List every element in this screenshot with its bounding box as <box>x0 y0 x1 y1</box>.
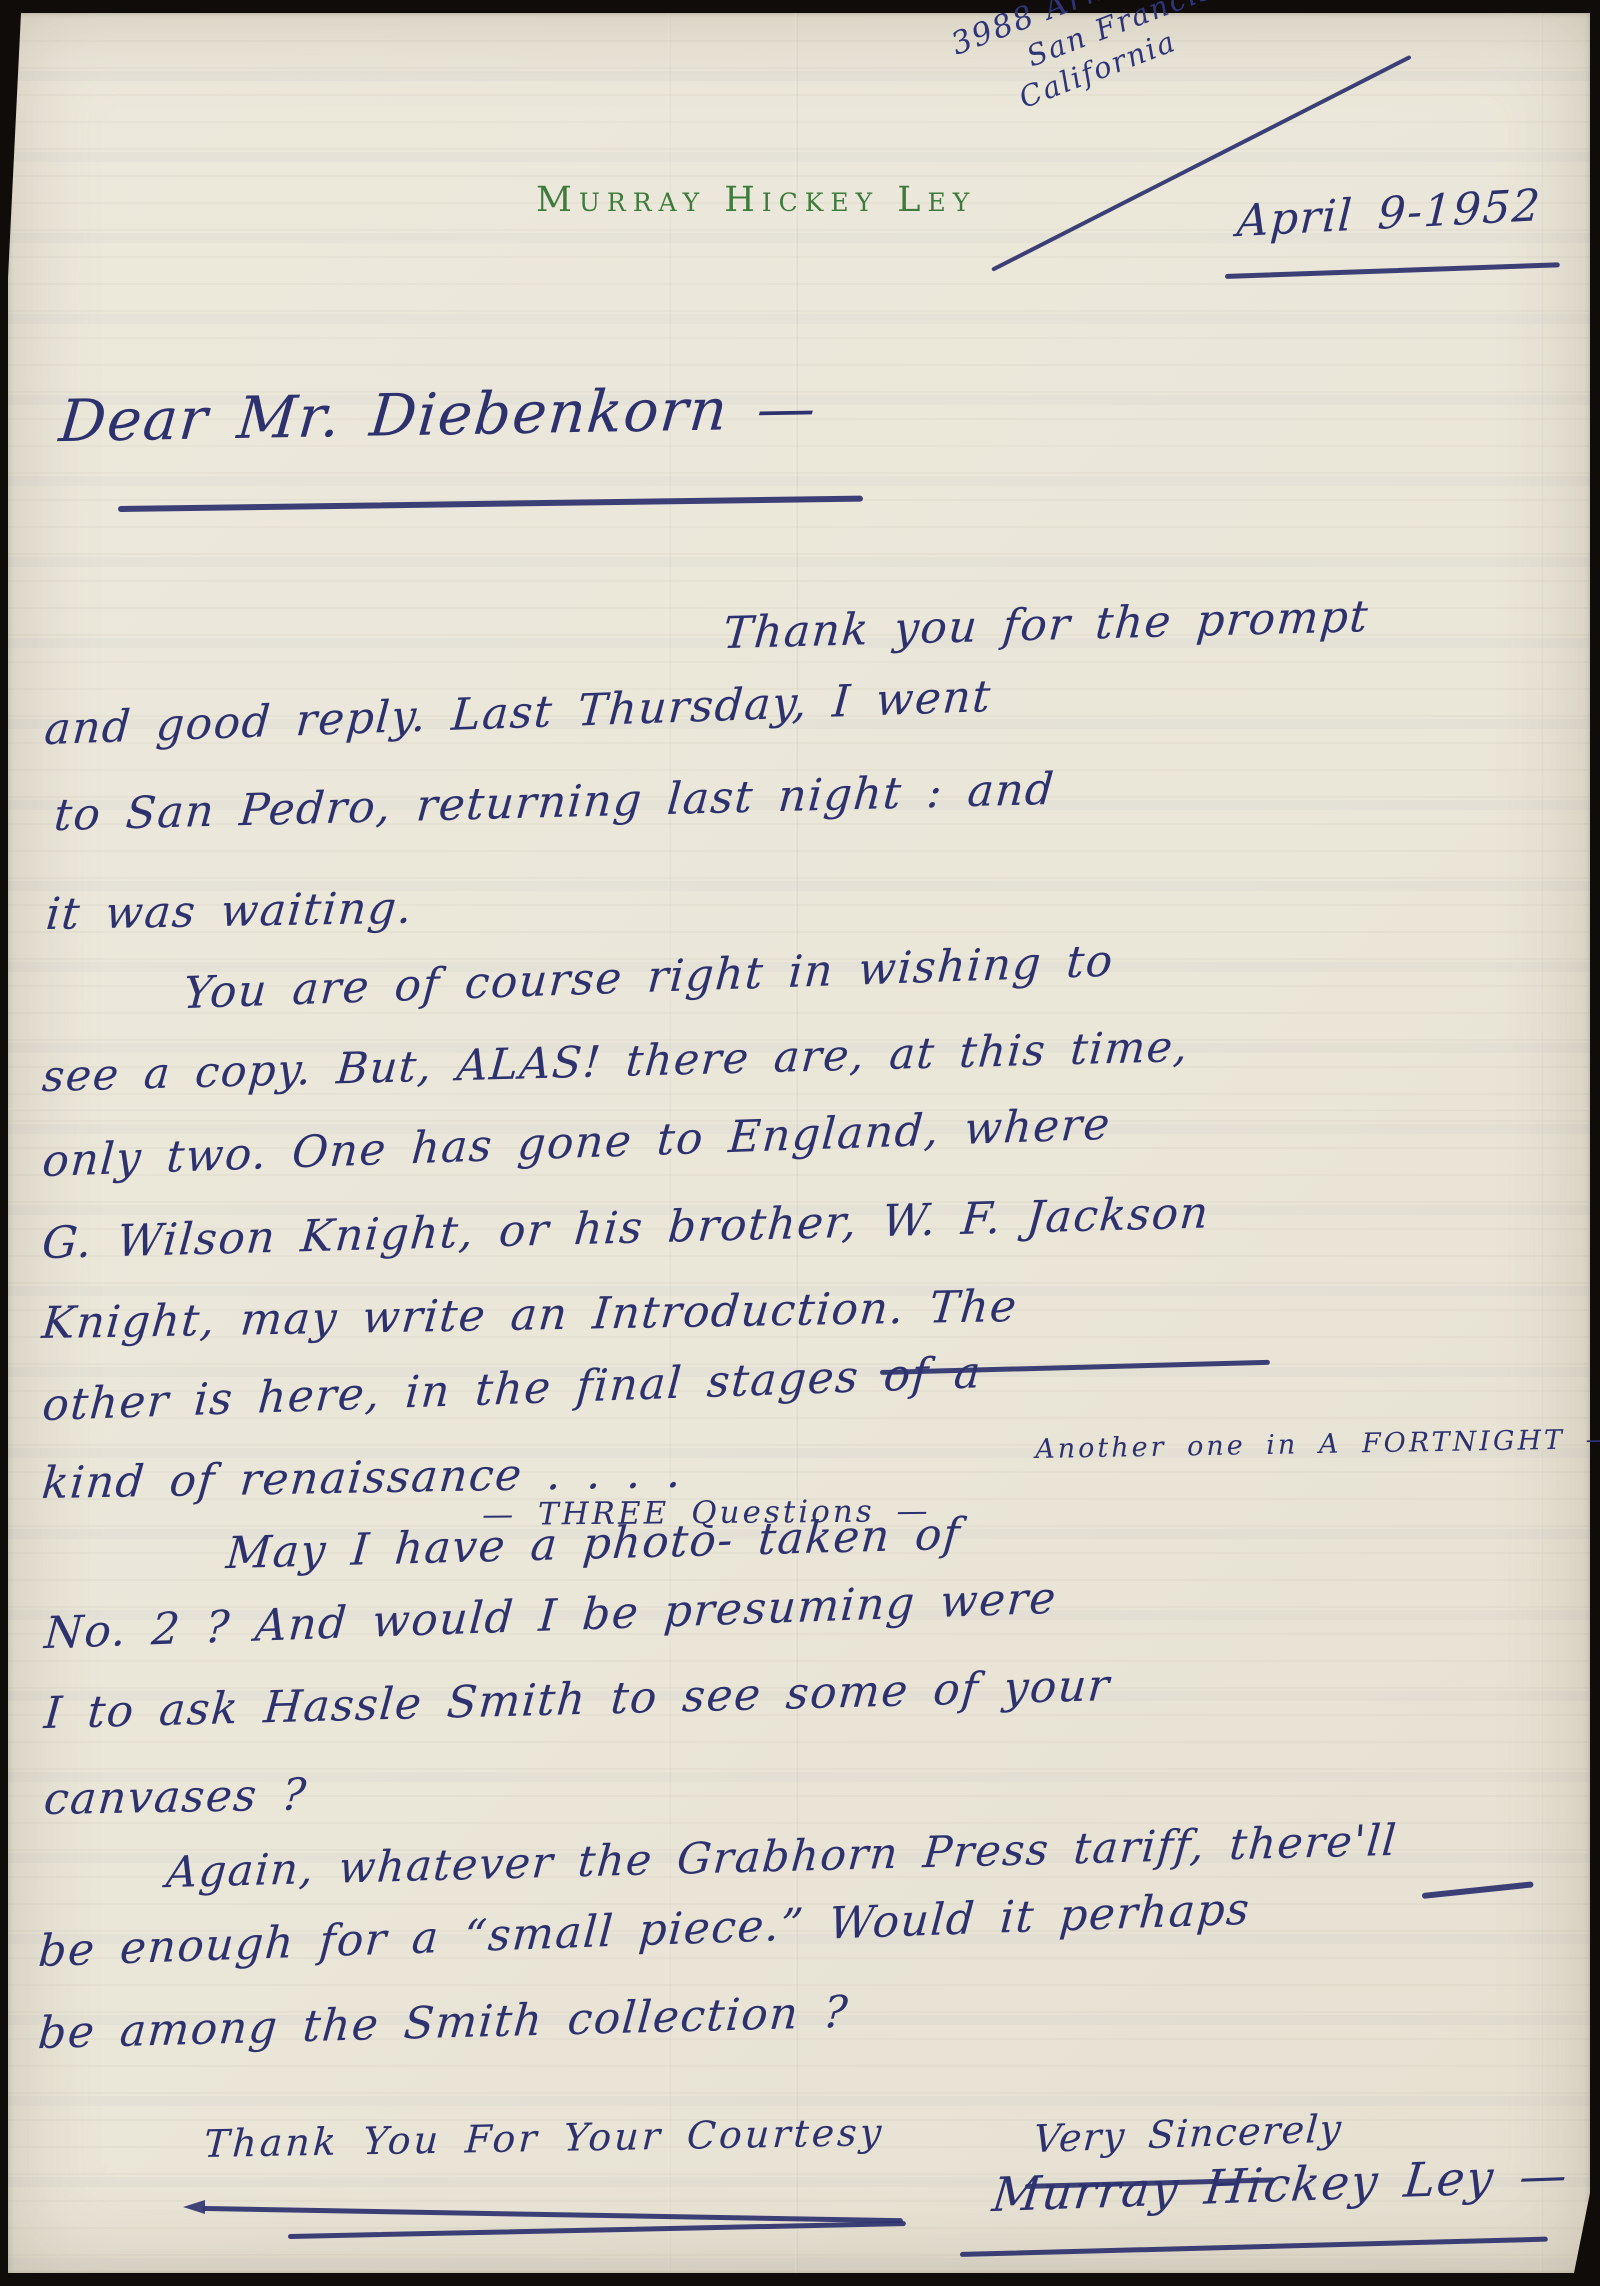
body-line: canvases ? <box>42 1773 309 1822</box>
letterhead-name: Murray Hickey Ley <box>536 180 976 220</box>
valediction: Very Sincerely <box>1032 2109 1343 2158</box>
body-line: it was waiting. <box>44 887 415 937</box>
arrow-flourish-icon <box>183 2200 205 2214</box>
scanned-letter: Murray Hickey Ley 3988 Army St. San Fran… <box>0 0 1600 2286</box>
salutation: Dear Mr. Diebenkorn — <box>57 379 819 450</box>
courtesy-line: Thank You For Your Courtesy <box>203 2113 885 2163</box>
